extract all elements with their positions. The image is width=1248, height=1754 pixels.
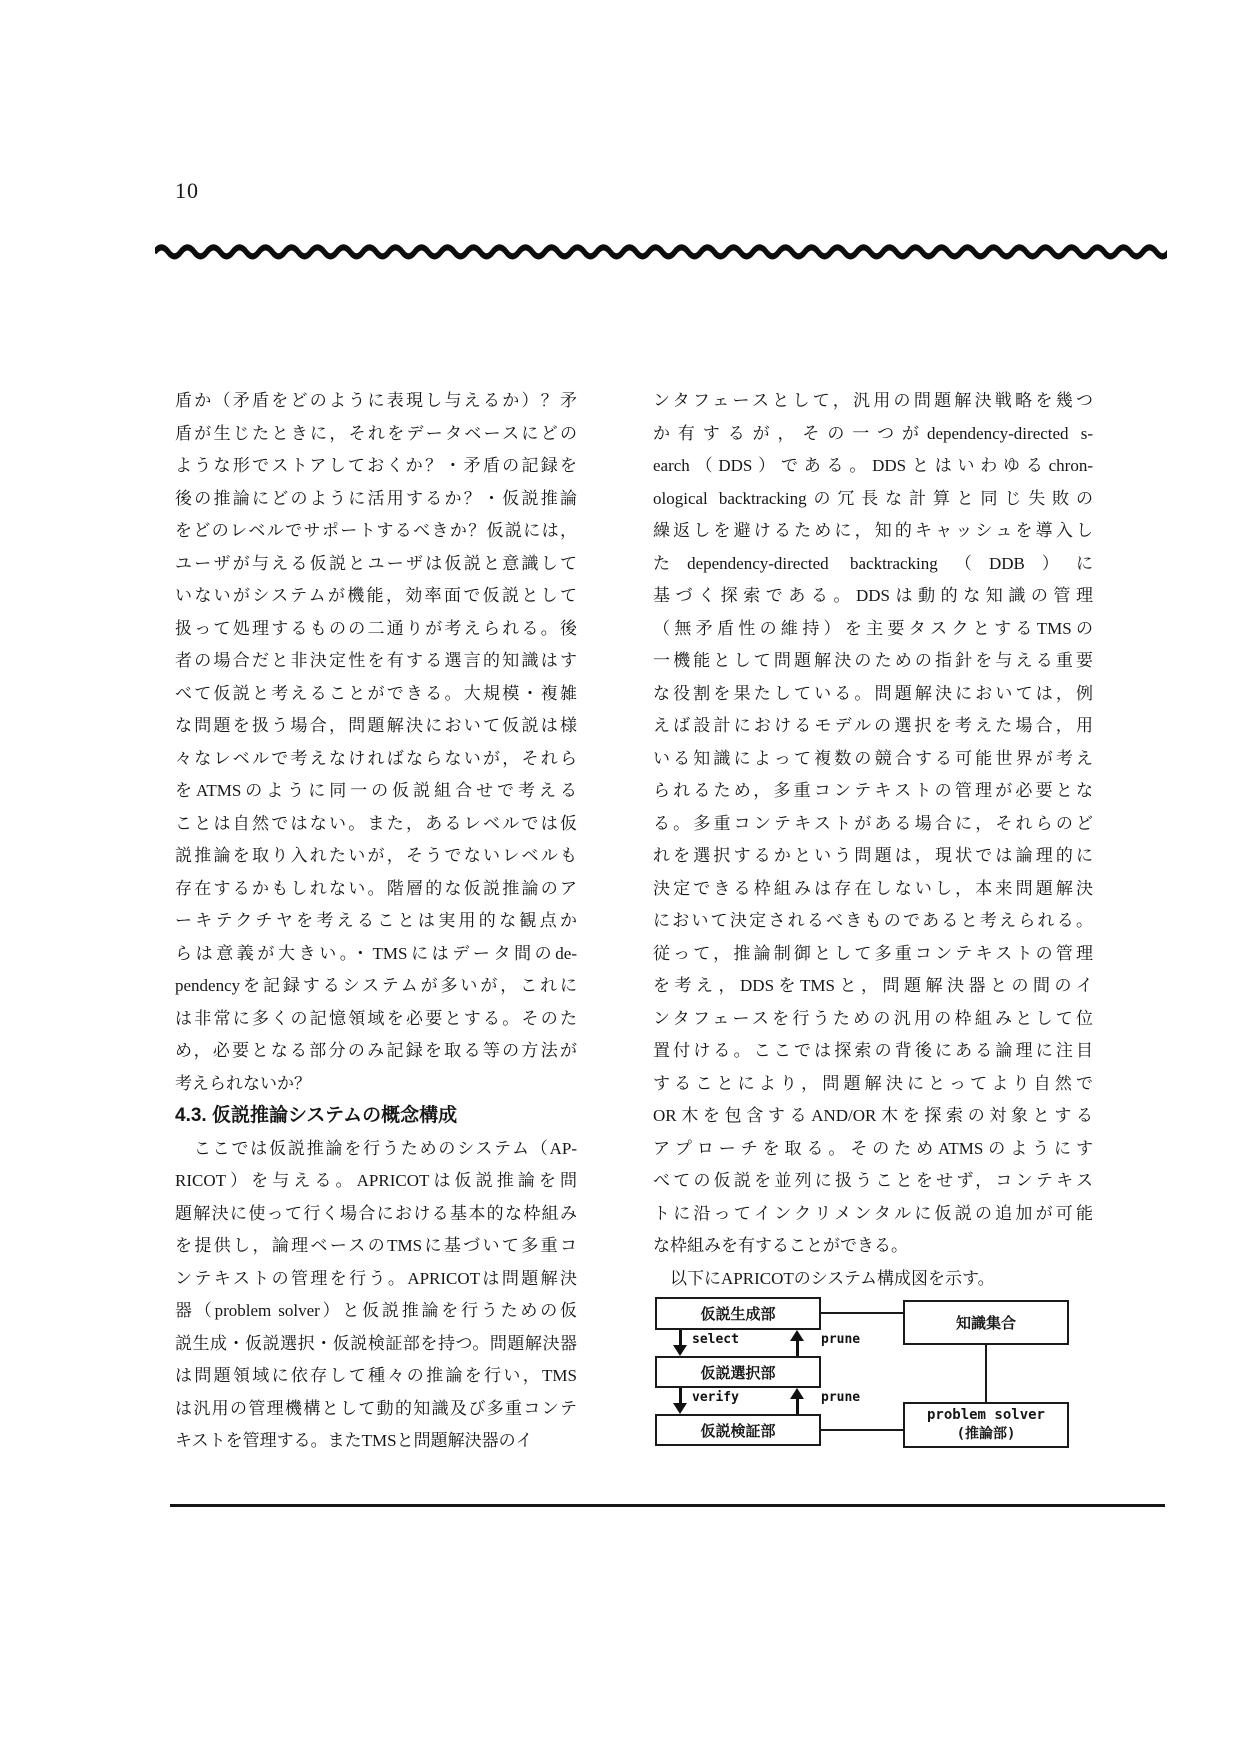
prune-bottom-arrow: [796, 1397, 799, 1414]
text-line: な枠組みを有することができる。: [653, 1230, 1093, 1263]
left-paragraph-2: ここでは仮説推論を行うためのシステム（AP-RICOT）を与える。APRICOT…: [175, 1133, 577, 1458]
decorative-wavy-rule: [155, 242, 1167, 262]
text-line: することにより，問題解決にとってより自然で: [653, 1068, 1093, 1101]
text-line: は汎用の管理機構として動的知識及び多重コンテ: [175, 1393, 577, 1426]
footer-rule: [170, 1504, 1165, 1507]
text-line: らは意義が大きい。・TMSにはデータ間のde-: [175, 938, 577, 971]
text-line: 々なレベルで考えなければならないが，それら: [175, 743, 577, 776]
text-line: 存在するかもしれない。階層的な仮説推論のア: [175, 873, 577, 906]
text-line: 置付ける。ここでは探索の背後にある論理に注目: [653, 1035, 1093, 1068]
text-line: を考え，DDSをTMSと，問題解決器との間のイ: [653, 970, 1093, 1003]
text-line: る。多重コンテキストがある場合に，それらのど: [653, 808, 1093, 841]
text-line: 題解決に使って行く場合における基本的な枠組み: [175, 1198, 577, 1231]
scanned-paper-page: 10 盾か（矛盾をどのように表現し与えるか）？矛盾が生じたときに，それをデータベ…: [0, 0, 1248, 1754]
text-line: キストを管理する。またTMSと問題解決器のイ: [175, 1425, 577, 1458]
text-line: 器（problem solver）と仮説推論を行うための仮: [175, 1295, 577, 1328]
text-line: 決定できる枠組みは存在しないし，本来問題解決: [653, 873, 1093, 906]
text-line: いる知識によって複数の競合する可能世界が考え: [653, 743, 1093, 776]
hypothesis-verifier-box: 仮説検証部: [655, 1414, 821, 1446]
knowledge-set-box: 知識集合: [903, 1300, 1069, 1345]
verify-arrowhead-icon: [673, 1403, 687, 1414]
prune-bottom-arrow-label: prune: [821, 1390, 860, 1405]
right-column: ンタフェースとして，汎用の問題解決戦略を幾つか有するが，その一つがdepende…: [653, 385, 1093, 1295]
text-line: 従って，推論制御として多重コンテキストの管理: [653, 938, 1093, 971]
text-line: ological backtrackingの冗長な計算と同じ失敗の: [653, 483, 1093, 516]
text-line: えば設計におけるモデルの選択を考えた場合，用: [653, 710, 1093, 743]
text-line: アプローチを取る。そのためATMSのようにす: [653, 1133, 1093, 1166]
text-line: 扱って処理するものの二通りが考えられる。後: [175, 613, 577, 646]
system-architecture-diagram: 仮説生成部 仮説選択部 仮説検証部 知識集合 problem solver (推…: [648, 1290, 1093, 1462]
text-line: RICOT）を与える。APRICOTは仮説推論を問: [175, 1165, 577, 1198]
prune-top-arrow: [796, 1339, 799, 1356]
text-line: ーキテクチヤを考えることは実用的な観点か: [175, 905, 577, 938]
text-line: め，必要となる部分のみ記録を取る等の方法が: [175, 1035, 577, 1068]
page-number: 10: [175, 178, 199, 204]
text-line: ンタフェースとして，汎用の問題解決戦略を幾つ: [653, 385, 1093, 418]
text-line: ような形でストアしておくか？・矛盾の記録を: [175, 450, 577, 483]
text-line: ここでは仮説推論を行うためのシステム（AP-: [175, 1133, 577, 1166]
left-paragraph-1: 盾か（矛盾をどのように表現し与えるか）？矛盾が生じたときに，それをデータベースに…: [175, 385, 577, 1100]
select-arrowhead-icon: [673, 1345, 687, 1356]
text-line: られるため，多重コンテキストの管理が必要とな: [653, 775, 1093, 808]
problem-solver-label: problem solver: [927, 1406, 1045, 1425]
text-line: ユーザが与える仮説とユーザは仮説と意識して: [175, 548, 577, 581]
text-line: ンテキストの管理を行う。APRICOTは問題解決: [175, 1263, 577, 1296]
text-line: 繰返しを避けるために，知的キャッシュを導入し: [653, 515, 1093, 548]
text-line: 考えられないか？: [175, 1068, 577, 1101]
text-line: いないがシステムが機能，効率面で仮説として: [175, 580, 577, 613]
text-line: 後の推論にどのように活用するか？・仮説推論: [175, 483, 577, 516]
text-line: ンタフェースを行うための汎用の枠組みとして位: [653, 1003, 1093, 1036]
text-line: 基づく探索である。DDSは動的な知識の管理: [653, 580, 1093, 613]
text-line: べて仮説と考えることができる。大規模・複雑: [175, 678, 577, 711]
verify-arrow: [679, 1388, 682, 1404]
text-line: pendencyを記録するシステムが多いが，これに: [175, 970, 577, 1003]
text-line: （無矛盾性の維持）を主要タスクとするTMSの: [653, 613, 1093, 646]
text-line: れを選択するかという問題は，現状では論理的に: [653, 840, 1093, 873]
text-line: か有するが，その一つがdependency-directed s-: [653, 418, 1093, 451]
text-line: 説生成・仮説選択・仮説検証部を持つ。問題解決器: [175, 1328, 577, 1361]
text-line: な問題を扱う場合，問題解決において仮説は様: [175, 710, 577, 743]
text-line: な役割を果たしている。問題解決においては，例: [653, 678, 1093, 711]
text-line: を提供し，論理ベースのTMSに基づいて多重コ: [175, 1230, 577, 1263]
prune-top-arrow-label: prune: [821, 1332, 860, 1347]
text-line: 説推論を取り入れたいが，そうでないレベルも: [175, 840, 577, 873]
select-arrow-label: select: [692, 1332, 739, 1347]
text-line: OR木を包含するAND/OR木を探索の対象とする: [653, 1100, 1093, 1133]
generator-knowledge-connector: [821, 1312, 903, 1314]
verify-arrow-label: verify: [692, 1390, 739, 1405]
text-line: 者の場合だと非決定性を有する選言的知識はす: [175, 645, 577, 678]
text-line: べての仮説を並列に扱うことをせず，コンテキス: [653, 1165, 1093, 1198]
verifier-solver-connector: [821, 1429, 903, 1431]
inference-part-label: (推論部): [957, 1425, 1016, 1444]
text-line: ことは自然ではない。また，あるレベルでは仮: [175, 808, 577, 841]
text-line: earch（DDS）である。DDSとはいわゆるchron-: [653, 450, 1093, 483]
text-line: トに沿ってインクリメンタルに仮説の追加が可能: [653, 1198, 1093, 1231]
left-column: 盾か（矛盾をどのように表現し与えるか）？矛盾が生じたときに，それをデータベースに…: [175, 385, 577, 1458]
text-line: 盾が生じたときに，それをデータベースにどの: [175, 418, 577, 451]
text-line: をATMSのように同一の仮説組合せで考える: [175, 775, 577, 808]
right-paragraph-1: ンタフェースとして，汎用の問題解決戦略を幾つか有するが，その一つがdepende…: [653, 385, 1093, 1263]
text-line: 一機能として問題解決のための指針を与える重要: [653, 645, 1093, 678]
text-line: は非常に多くの記憶領域を必要とする。そのた: [175, 1003, 577, 1036]
text-line: において決定されるべきものであると考えられる。: [653, 905, 1093, 938]
text-line: たdependency-directed backtracking（DDB）に: [653, 548, 1093, 581]
text-line: をどのレベルでサポートするべきか？仮説には，: [175, 515, 577, 548]
hypothesis-selector-box: 仮説選択部: [655, 1356, 821, 1388]
hypothesis-generator-box: 仮説生成部: [655, 1297, 821, 1330]
text-line: は問題領域に依存して種々の推論を行い，TMS: [175, 1360, 577, 1393]
problem-solver-box: problem solver (推論部): [903, 1402, 1069, 1448]
section-heading: 4.3. 仮説推論システムの概念構成: [175, 1100, 577, 1133]
text-line: 盾か（矛盾をどのように表現し与えるか）？矛: [175, 385, 577, 418]
knowledge-solver-connector: [985, 1345, 987, 1402]
